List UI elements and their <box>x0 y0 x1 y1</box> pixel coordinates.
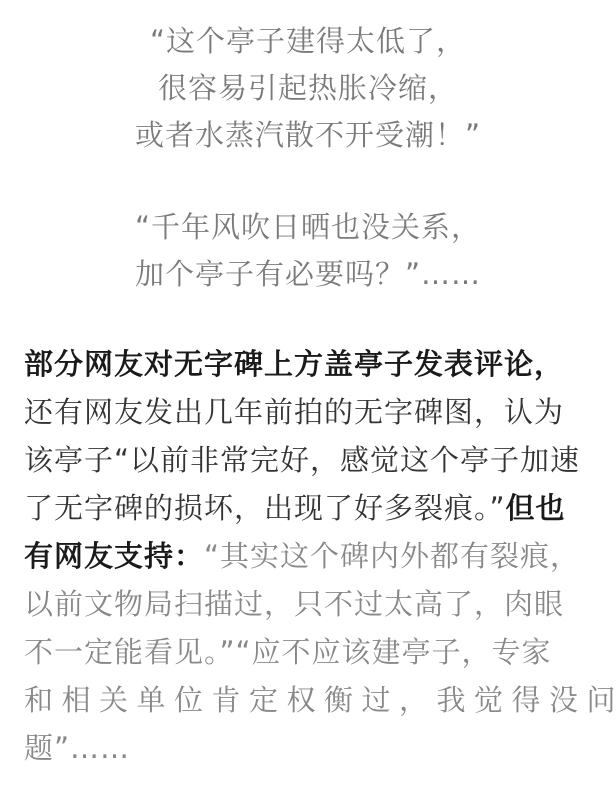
paragraph-line: 以前文物局扫描过，只不过太高了，肉眼 <box>24 580 594 628</box>
quote-line: 很容易引起热胀冷缩， <box>0 65 616 112</box>
netizen-quote-1: “这个亭子建得太低了， 很容易引起热胀冷缩， 或者水蒸汽散不开受潮！” <box>0 18 616 159</box>
supporter-quote-text: “其实这个碑内外都有裂痕， <box>204 539 580 573</box>
paragraph-line: 还有网友发出几年前拍的无字碑图，认为 <box>24 388 594 436</box>
paragraph-line: 该亭子“以前非常完好，感觉这个亭子加速 <box>24 436 594 484</box>
bold-transition-text: 但也 <box>506 491 566 525</box>
commentary-paragraph: 部分网友对无字碑上方盖亭子发表评论， 还有网友发出几年前拍的无字碑图，认为 该亭… <box>24 340 594 772</box>
paragraph-line: 不一定能看见。”“应不应该建亭子，专家 <box>24 628 594 676</box>
supporter-quote-text: 和相关单位肯定权衡过，我觉得没问 <box>24 683 616 717</box>
quote-line: “千年风吹日晒也没关系， <box>0 204 616 251</box>
body-text: 该亭子“以前非常完好，感觉这个亭子加速 <box>24 443 580 477</box>
quote-line: 加个亭子有必要吗？”…… <box>0 251 616 298</box>
paragraph-line: 有网友支持：“其实这个碑内外都有裂痕， <box>24 532 594 580</box>
netizen-quote-2: “千年风吹日晒也没关系， 加个亭子有必要吗？”…… <box>0 204 616 298</box>
body-text: 了无字碑的损坏，出现了好多裂痕。” <box>24 491 506 525</box>
supporter-quote-text: 题”…… <box>24 731 130 765</box>
paragraph-line: 了无字碑的损坏，出现了好多裂痕。”但也 <box>24 484 594 532</box>
bold-transition-text: 有网友支持： <box>24 539 204 573</box>
supporter-quote-text: 不一定能看见。”“应不应该建亭子，专家 <box>24 635 552 669</box>
article-body: “这个亭子建得太低了， 很容易引起热胀冷缩， 或者水蒸汽散不开受潮！” “千年风… <box>0 0 616 802</box>
bold-lead-text: 部分网友对无字碑上方盖亭子发表评论， <box>24 347 564 381</box>
paragraph-line: 题”…… <box>24 724 594 772</box>
paragraph-line: 部分网友对无字碑上方盖亭子发表评论， <box>24 340 594 388</box>
body-text: 还有网友发出几年前拍的无字碑图，认为 <box>24 395 564 429</box>
supporter-quote-text: 以前文物局扫描过，只不过太高了，肉眼 <box>24 587 564 621</box>
paragraph-line: 和相关单位肯定权衡过，我觉得没问 <box>24 676 594 724</box>
quote-line: 或者水蒸汽散不开受潮！” <box>0 112 616 159</box>
quote-line: “这个亭子建得太低了， <box>0 18 616 65</box>
